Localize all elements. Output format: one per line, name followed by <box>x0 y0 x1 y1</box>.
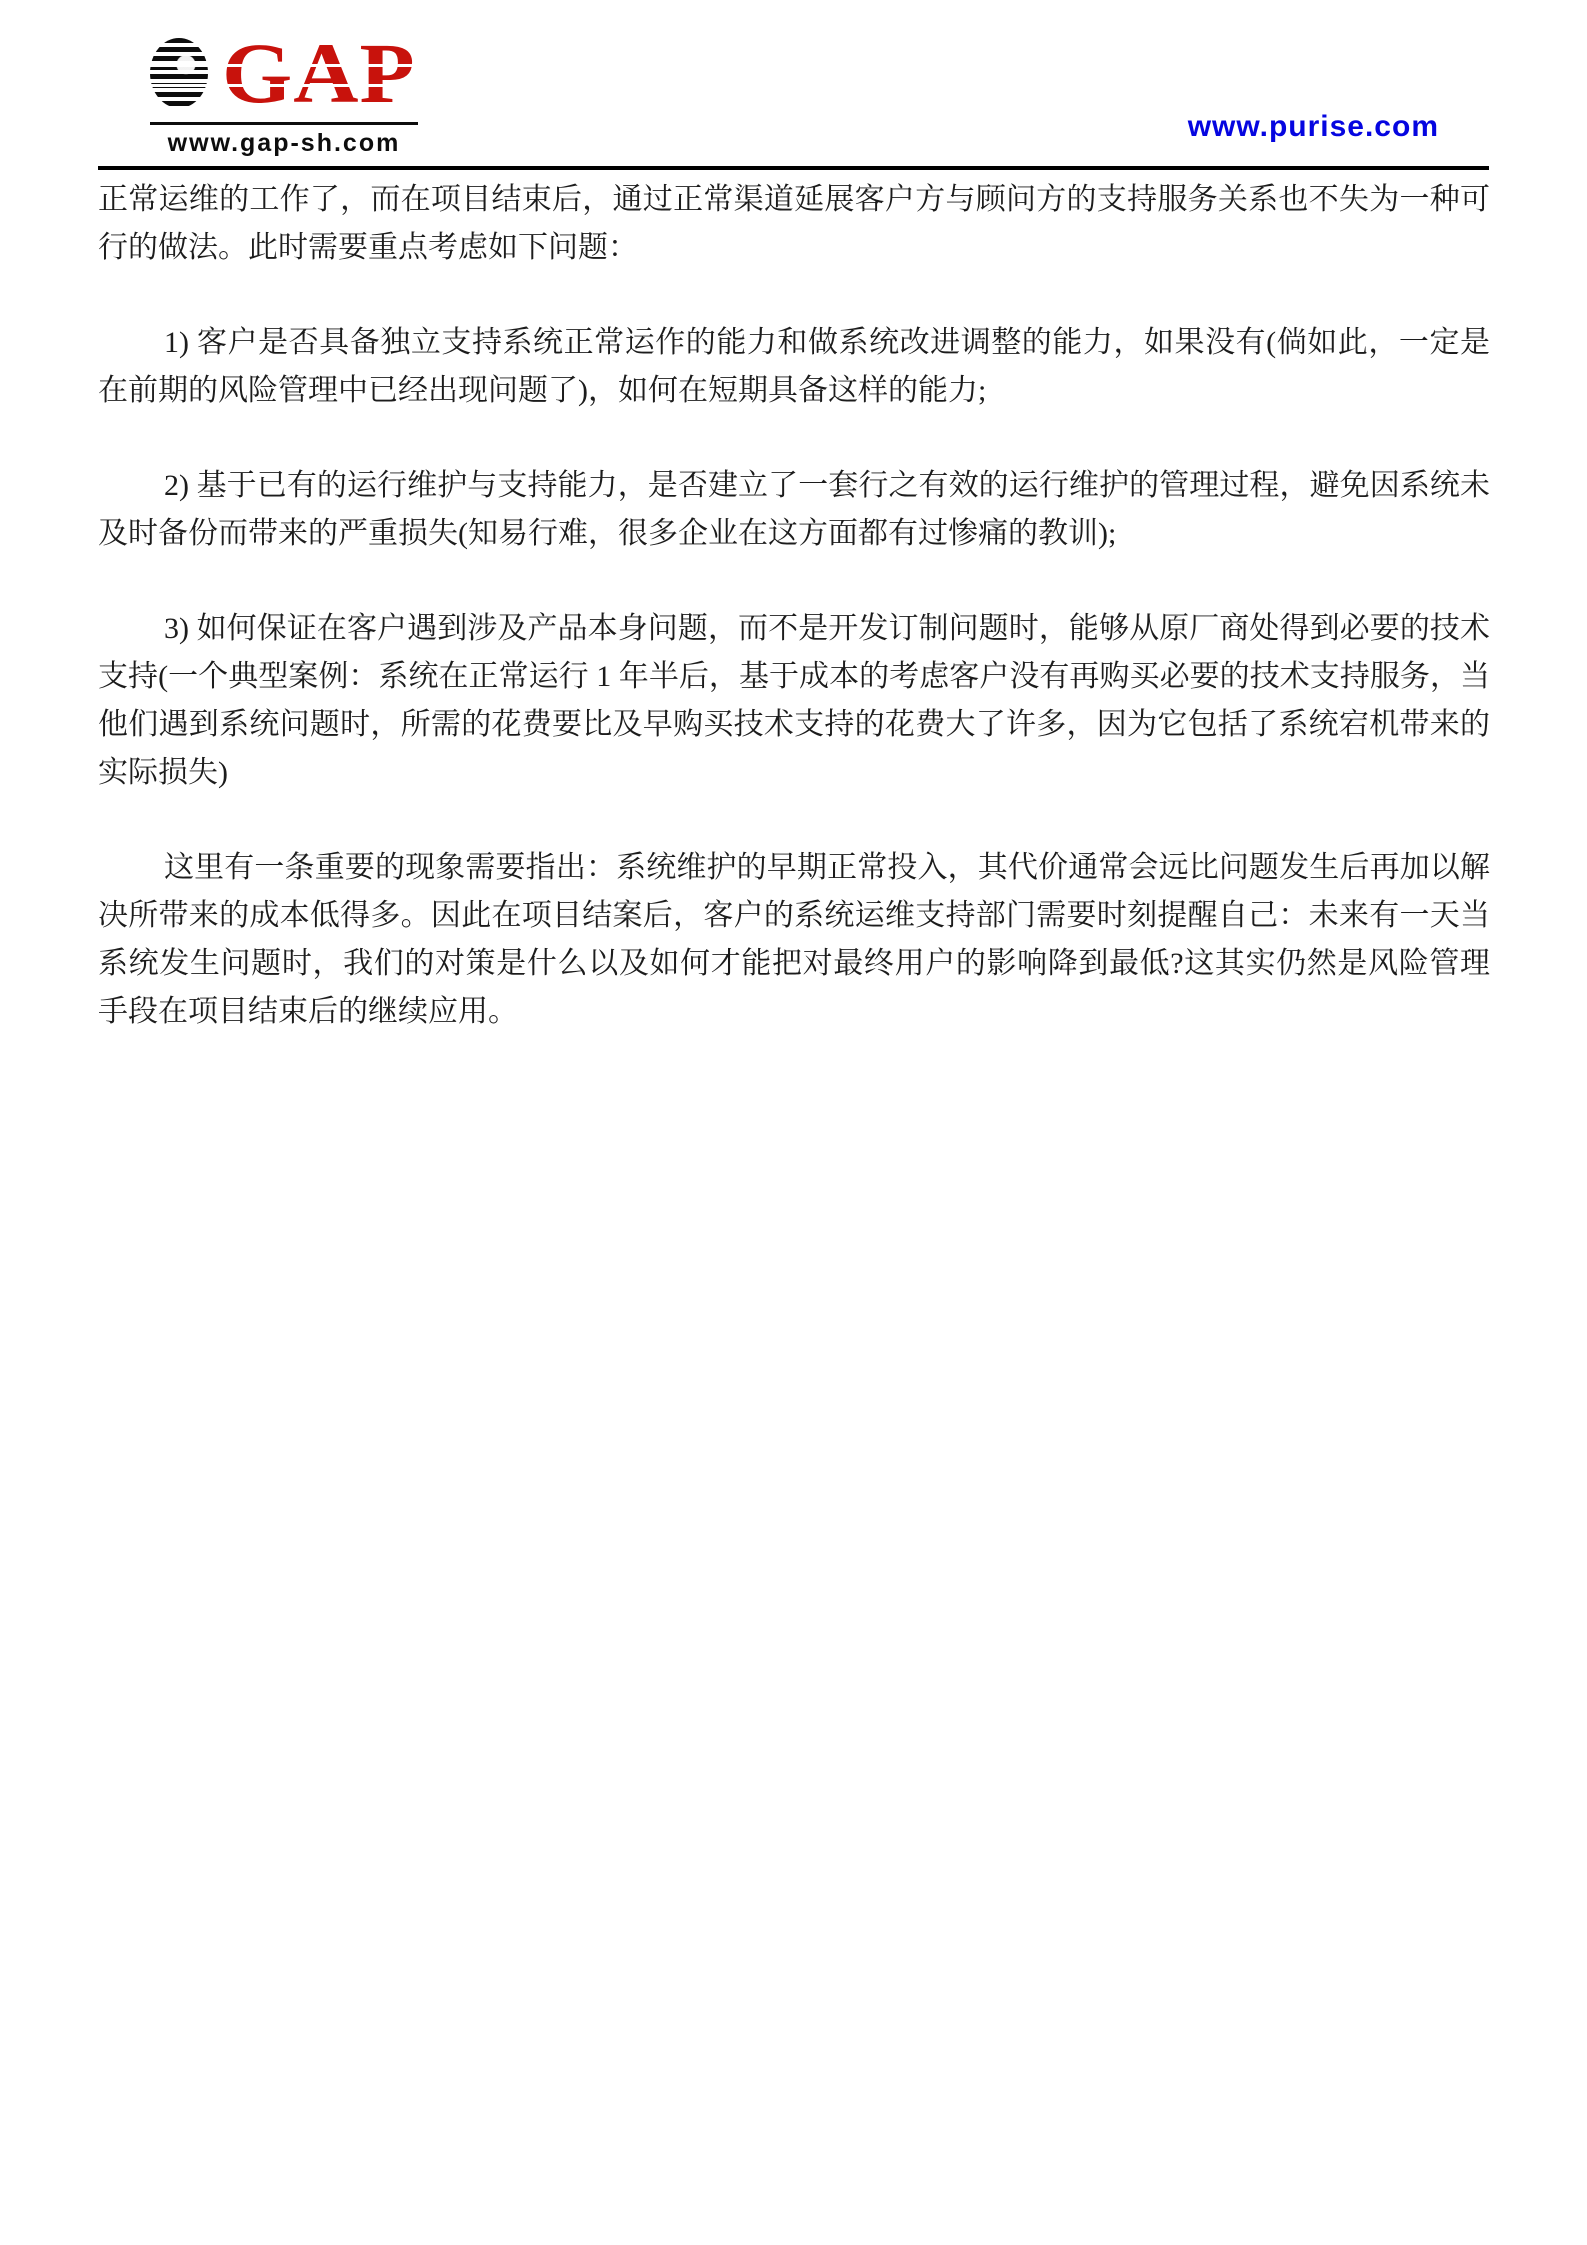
purise-link[interactable]: www.purise.com <box>1188 110 1439 144</box>
header-divider <box>98 166 1489 170</box>
document-body: 正常运维的工作了，而在项目结束后，通过正常渠道延展客户方与顾问方的支持服务关系也… <box>98 176 1490 1083</box>
gap-site-url: www.gap-sh.com <box>150 129 418 158</box>
document-page: GAP www.gap-sh.com www.purise.com 正常运维的工… <box>0 0 1587 2245</box>
paragraph-item-2: 2) 基于已有的运行维护与支持能力，是否建立了一套行之有效的运行维护的管理过程，… <box>98 462 1490 558</box>
gap-logo: GAP www.gap-sh.com <box>150 26 440 158</box>
gap-logo-text: GAP <box>222 38 416 108</box>
paragraph-intro: 正常运维的工作了，而在项目结束后，通过正常渠道延展客户方与顾问方的支持服务关系也… <box>98 176 1490 272</box>
gap-logo-art: GAP <box>150 26 440 120</box>
paragraph-item-1: 1) 客户是否具备独立支持系统正常运作的能力和做系统改进调整的能力，如果没有(倘… <box>98 319 1490 415</box>
page-header: GAP www.gap-sh.com www.purise.com <box>0 0 1587 166</box>
globe-icon <box>150 38 208 108</box>
paragraph-item-3: 3) 如何保证在客户遇到涉及产品本身问题，而不是开发订制问题时，能够从原厂商处得… <box>98 605 1490 797</box>
logo-divider <box>150 122 418 125</box>
paragraph-closing: 这里有一条重要的现象需要指出：系统维护的早期正常投入，其代价通常会远比问题发生后… <box>98 844 1490 1036</box>
